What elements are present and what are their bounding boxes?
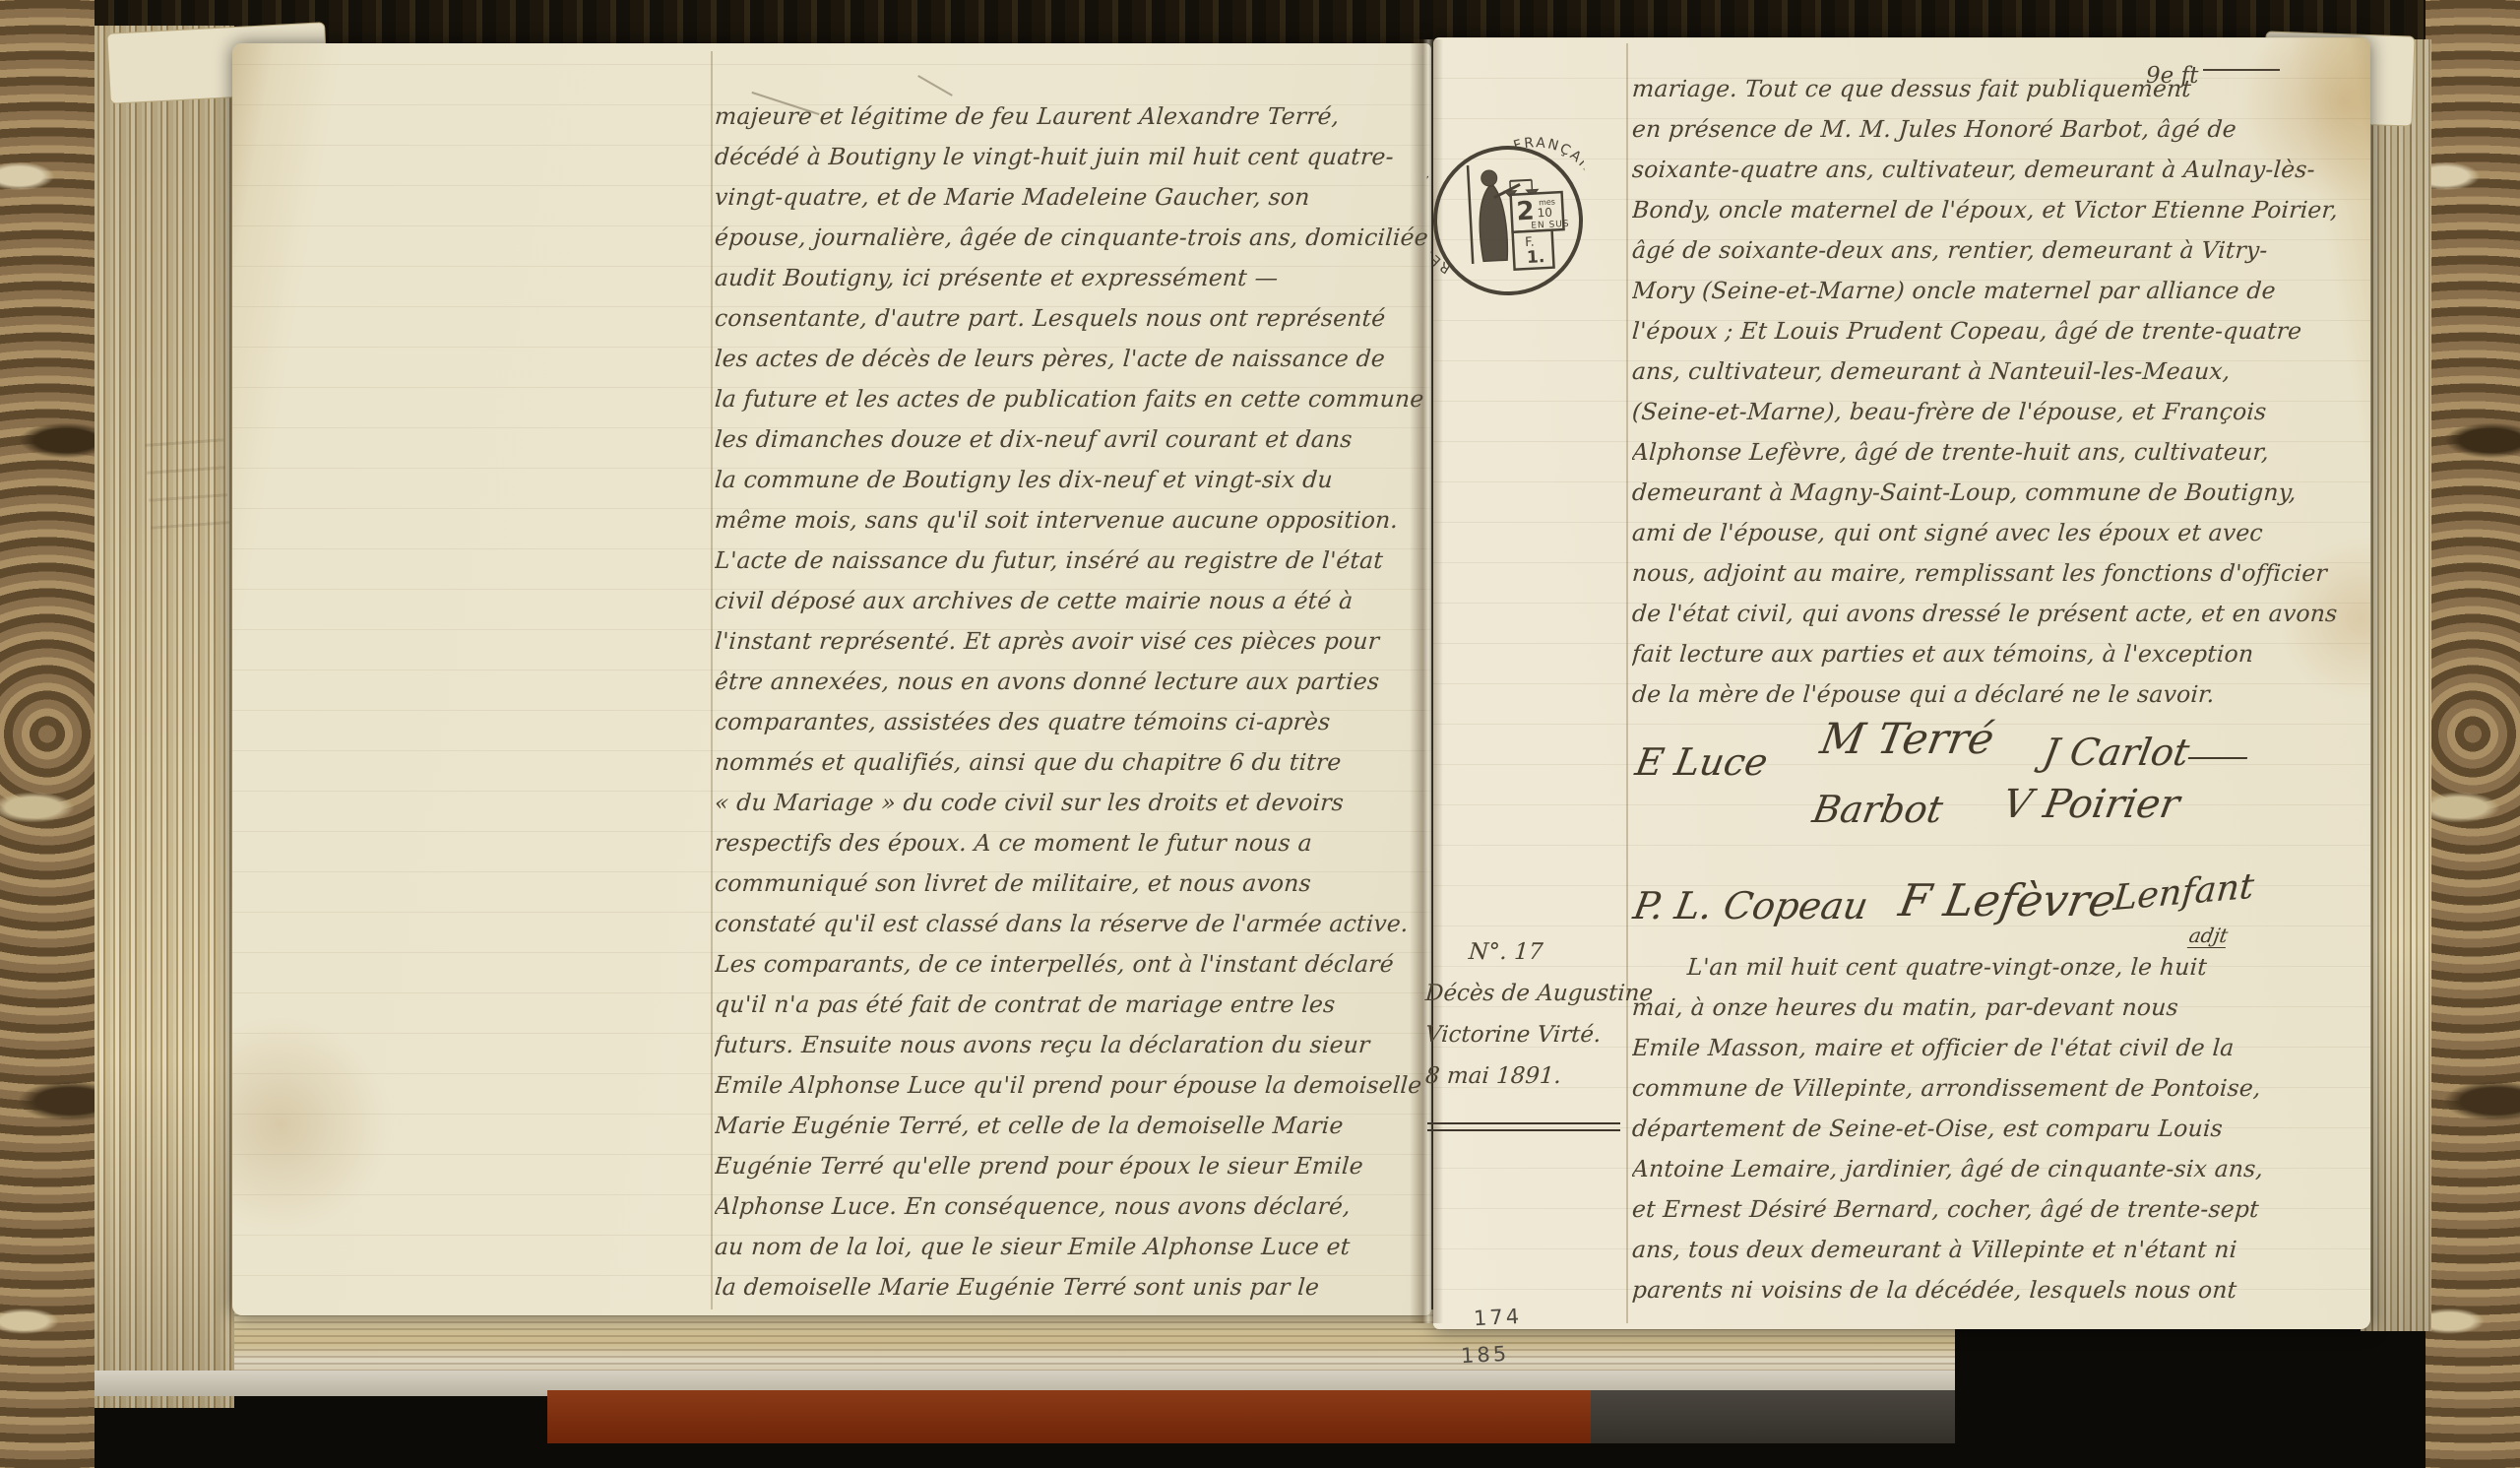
manuscript-line: ans, tous deux demeurant à Villepinte et…	[1632, 1230, 2386, 1270]
manuscript-line: décédé à Boutigny le vingt-huit juin mil…	[715, 137, 1429, 177]
manuscript-line: L'acte de naissance du futur, inséré au …	[715, 541, 1429, 581]
manuscript-line: Alphonse Lefèvre, âgé de trente-huit ans…	[1632, 432, 2386, 473]
table-surface-red	[547, 1390, 1591, 1443]
manuscript-line: soixante-quatre ans, cultivateur, demeur…	[1632, 150, 2386, 190]
manuscript-line: vingt-quatre, et de Marie Madeleine Gauc…	[715, 177, 1429, 218]
manuscript-line: commune de Villepinte, arrondissement de…	[1632, 1068, 2386, 1109]
table-surface-gray	[1591, 1390, 1955, 1443]
manuscript-line: civil déposé aux archives de cette mairi…	[715, 581, 1429, 621]
marriage-act-body-right: mariage. Tout ce que dessus fait publiqu…	[1632, 69, 2386, 715]
act-number: N°. 17	[1424, 931, 1626, 973]
margin-note-line: Décès de Augustine	[1424, 973, 1626, 1014]
manuscript-line: de l'état civil, qui avons dressé le pré…	[1632, 594, 2386, 634]
manuscript-line: demeurant à Magny-Saint-Loup, commune de…	[1632, 473, 2386, 513]
republique-francaise-revenue-stamp: RÉPUBLIQUE FRANÇAISE 2 mes 10 EN SUS F. …	[1425, 134, 1592, 307]
manuscript-line: nommés et qualifiés, ainsi que du chapit…	[715, 742, 1429, 783]
margin-note-line: Victorine Virté.	[1424, 1014, 1626, 1055]
manuscript-line: ans, cultivateur, demeurant à Nanteuil-l…	[1632, 351, 2386, 392]
manuscript-line: L'an mil huit cent quatre-vingt-onze, le…	[1632, 947, 2386, 988]
show-through-marks	[145, 435, 229, 529]
manuscript-line: nous, adjoint au maire, remplissant les …	[1632, 553, 2386, 594]
registry-book-photo: majeure et légitime de feu Laurent Alexa…	[0, 0, 2520, 1468]
right-page-margin-rule	[1626, 43, 1628, 1323]
manuscript-line: majeure et légitime de feu Laurent Alexa…	[715, 96, 1429, 137]
manuscript-line: constaté qu'il est classé dans la réserv…	[715, 904, 1429, 944]
manuscript-line: en présence de M. M. Jules Honoré Barbot…	[1632, 109, 2386, 150]
manuscript-line: l'époux ; Et Louis Prudent Copeau, âgé d…	[1632, 311, 2386, 351]
manuscript-line: (Seine-et-Marne), beau-frère de l'épouse…	[1632, 392, 2386, 432]
manuscript-line: les actes de décès de leurs pères, l'act…	[715, 339, 1429, 379]
manuscript-line: la future et les actes de publication fa…	[715, 379, 1429, 419]
manuscript-line: la commune de Boutigny les dix-neuf et v…	[715, 460, 1429, 500]
manuscript-line: comparantes, assistées des quatre témoin…	[715, 702, 1429, 742]
manuscript-line: parents ni voisins de la décédée, lesque…	[1632, 1270, 2386, 1310]
marriage-act-body-left: majeure et légitime de feu Laurent Alexa…	[715, 96, 1429, 1308]
manuscript-line: fait lecture aux parties et aux témoins,…	[1632, 634, 2386, 674]
manuscript-line: au nom de la loi, que le sieur Emile Alp…	[715, 1227, 1429, 1267]
manuscript-line: Eugénie Terré qu'elle prend pour époux l…	[715, 1146, 1429, 1186]
signature-barbot: Barbot	[1809, 788, 1946, 831]
manuscript-line: mariage. Tout ce que dessus fait publiqu…	[1632, 69, 2386, 109]
manuscript-line: Bondy, oncle maternel de l'époux, et Vic…	[1632, 190, 2386, 230]
manuscript-line: être annexées, nous en avons donné lectu…	[715, 662, 1429, 702]
manuscript-line: même mois, sans qu'il soit intervenue au…	[715, 500, 1429, 541]
signature-carlot: J Carlot	[2040, 731, 2251, 774]
manuscript-line: qu'il n'a pas été fait de contrat de mar…	[715, 985, 1429, 1025]
manuscript-line: Antoine Lemaire, jardinier, âgé de cinqu…	[1632, 1149, 2386, 1189]
pencil-folio-number-upper: 174	[1473, 1305, 1522, 1331]
manuscript-line: épouse, journalière, âgée de cinquante-t…	[715, 218, 1429, 258]
signature-poirier: V Poirier	[1999, 782, 2183, 827]
manuscript-line: futurs. Ensuite nous avons reçu la décla…	[715, 1025, 1429, 1065]
signature-copeau: P. L. Copeau	[1630, 884, 1871, 927]
manuscript-line: ami de l'épouse, qui ont signé avec les …	[1632, 513, 2386, 553]
manuscript-line: Emile Alphonse Luce qu'il prend pour épo…	[715, 1065, 1429, 1106]
manuscript-line: « du Mariage » du code civil sur les dro…	[715, 783, 1429, 823]
marbled-cover-right	[2425, 0, 2520, 1468]
manuscript-line: et Ernest Désiré Bernard, cocher, âgé de…	[1632, 1189, 2386, 1230]
manuscript-line: mai, à onze heures du matin, par-devant …	[1632, 988, 2386, 1028]
signature-terre: M Terré	[1817, 715, 1998, 764]
signature-lefevre: F Lefèvre	[1895, 874, 2119, 926]
left-page-margin-rule	[711, 51, 713, 1309]
manuscript-line: consentante, d'autre part. Lesquels nous…	[715, 298, 1429, 339]
margin-note-separator-rule	[1427, 1122, 1620, 1131]
marbled-cover-left	[0, 0, 94, 1468]
manuscript-line: Les comparants, de ce interpellés, ont à…	[715, 944, 1429, 985]
stamp-rate-10: 10	[1537, 206, 1552, 221]
manuscript-line: la demoiselle Marie Eugénie Terré sont u…	[715, 1267, 1429, 1308]
signature-luce: E Luce	[1632, 740, 1771, 784]
margin-note-death-act: N°. 17 Décès de Augustine Victorine Virt…	[1425, 931, 1624, 1097]
pencil-folio-number-lower: 185	[1460, 1342, 1509, 1369]
margin-note-date: 8 mai 1891.	[1424, 1055, 1626, 1097]
manuscript-line: respectifs des époux. A ce moment le fut…	[715, 823, 1429, 863]
death-act-body: L'an mil huit cent quatre-vingt-onze, le…	[1632, 947, 2386, 1310]
signature-officer-title: adjt	[2187, 924, 2230, 948]
manuscript-line: Alphonse Luce. En conséquence, nous avon…	[715, 1186, 1429, 1227]
stamp-value-1: 1.	[1526, 247, 1544, 268]
manuscript-line: l'instant représenté. Et après avoir vis…	[715, 621, 1429, 662]
manuscript-line: audit Boutigny, ici présente et expressé…	[715, 258, 1429, 298]
manuscript-line: âgé de soixante-deux ans, rentier, demeu…	[1632, 230, 2386, 271]
manuscript-line: Marie Eugénie Terré, et celle de la demo…	[715, 1106, 1429, 1146]
manuscript-line: communiqué son livret de militaire, et n…	[715, 863, 1429, 904]
manuscript-line: département de Seine-et-Oise, est compar…	[1632, 1109, 2386, 1149]
page-edges-left	[94, 26, 234, 1408]
manuscript-line: Emile Masson, maire et officier de l'éta…	[1632, 1028, 2386, 1068]
manuscript-line: les dimanches douze et dix-neuf avril co…	[715, 419, 1429, 460]
manuscript-line: de la mère de l'épouse qui a déclaré ne …	[1632, 674, 2386, 715]
manuscript-line: Mory (Seine-et-Marne) oncle maternel par…	[1632, 271, 2386, 311]
